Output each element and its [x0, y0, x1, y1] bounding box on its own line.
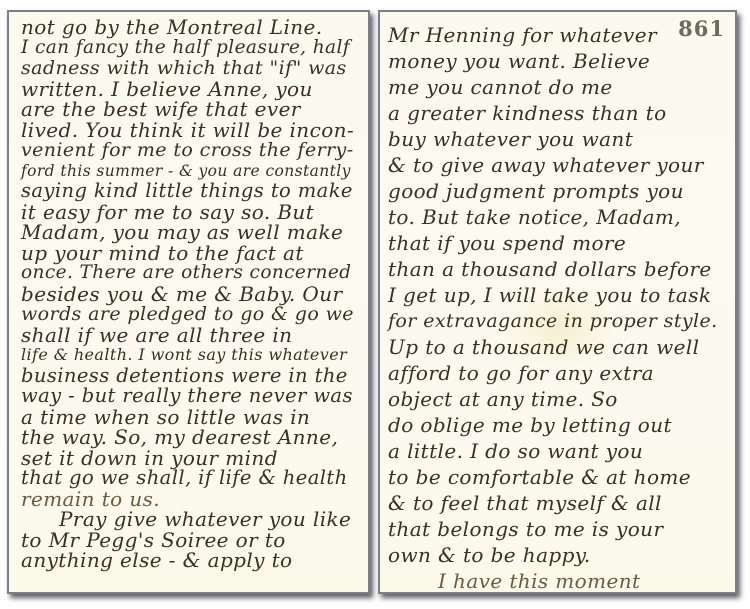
text-line: for extravagance in proper style.	[388, 308, 718, 334]
text-line: money you want. Believe	[388, 48, 650, 74]
text-line: object at any time. So	[388, 386, 618, 412]
letter-spread: not go by the Montreal Line. I can fancy…	[0, 0, 750, 609]
text-line: anything else - & apply to	[21, 547, 292, 573]
left-page: not go by the Montreal Line. I can fancy…	[7, 10, 370, 594]
text-line: me you cannot do me	[388, 74, 613, 100]
right-page: 861 Mr Henning for whatever money you wa…	[378, 10, 737, 594]
left-page-text: not go by the Montreal Line. I can fancy…	[9, 12, 368, 592]
text-line: I have this moment	[438, 568, 640, 594]
text-line: buy whatever you want	[388, 126, 633, 152]
text-line: that if you spend more	[388, 230, 626, 256]
text-line: & to feel that myself & all	[388, 490, 662, 516]
text-line: that belongs to me is your	[388, 516, 663, 542]
text-line: to be comfortable & at home	[388, 464, 691, 490]
text-line: I get up, I will take you to task	[388, 282, 711, 308]
text-line: Up to a thousand we can well	[388, 334, 699, 360]
text-line: good judgment prompts you	[388, 178, 684, 204]
text-line: afford to go for any extra	[388, 360, 654, 386]
right-page-text: Mr Henning for whatever money you want. …	[380, 12, 735, 592]
text-line: to. But take notice, Madam,	[388, 204, 681, 230]
text-line: a little. I do so want you	[388, 438, 643, 464]
text-line: than a thousand dollars before	[388, 256, 712, 282]
text-line: own & to be happy.	[388, 542, 591, 568]
text-line: Mr Henning for whatever	[388, 22, 657, 48]
text-line: do oblige me by letting out	[388, 412, 672, 438]
text-line: a greater kindness than to	[388, 100, 667, 126]
text-line: & to give away whatever your	[388, 152, 704, 178]
